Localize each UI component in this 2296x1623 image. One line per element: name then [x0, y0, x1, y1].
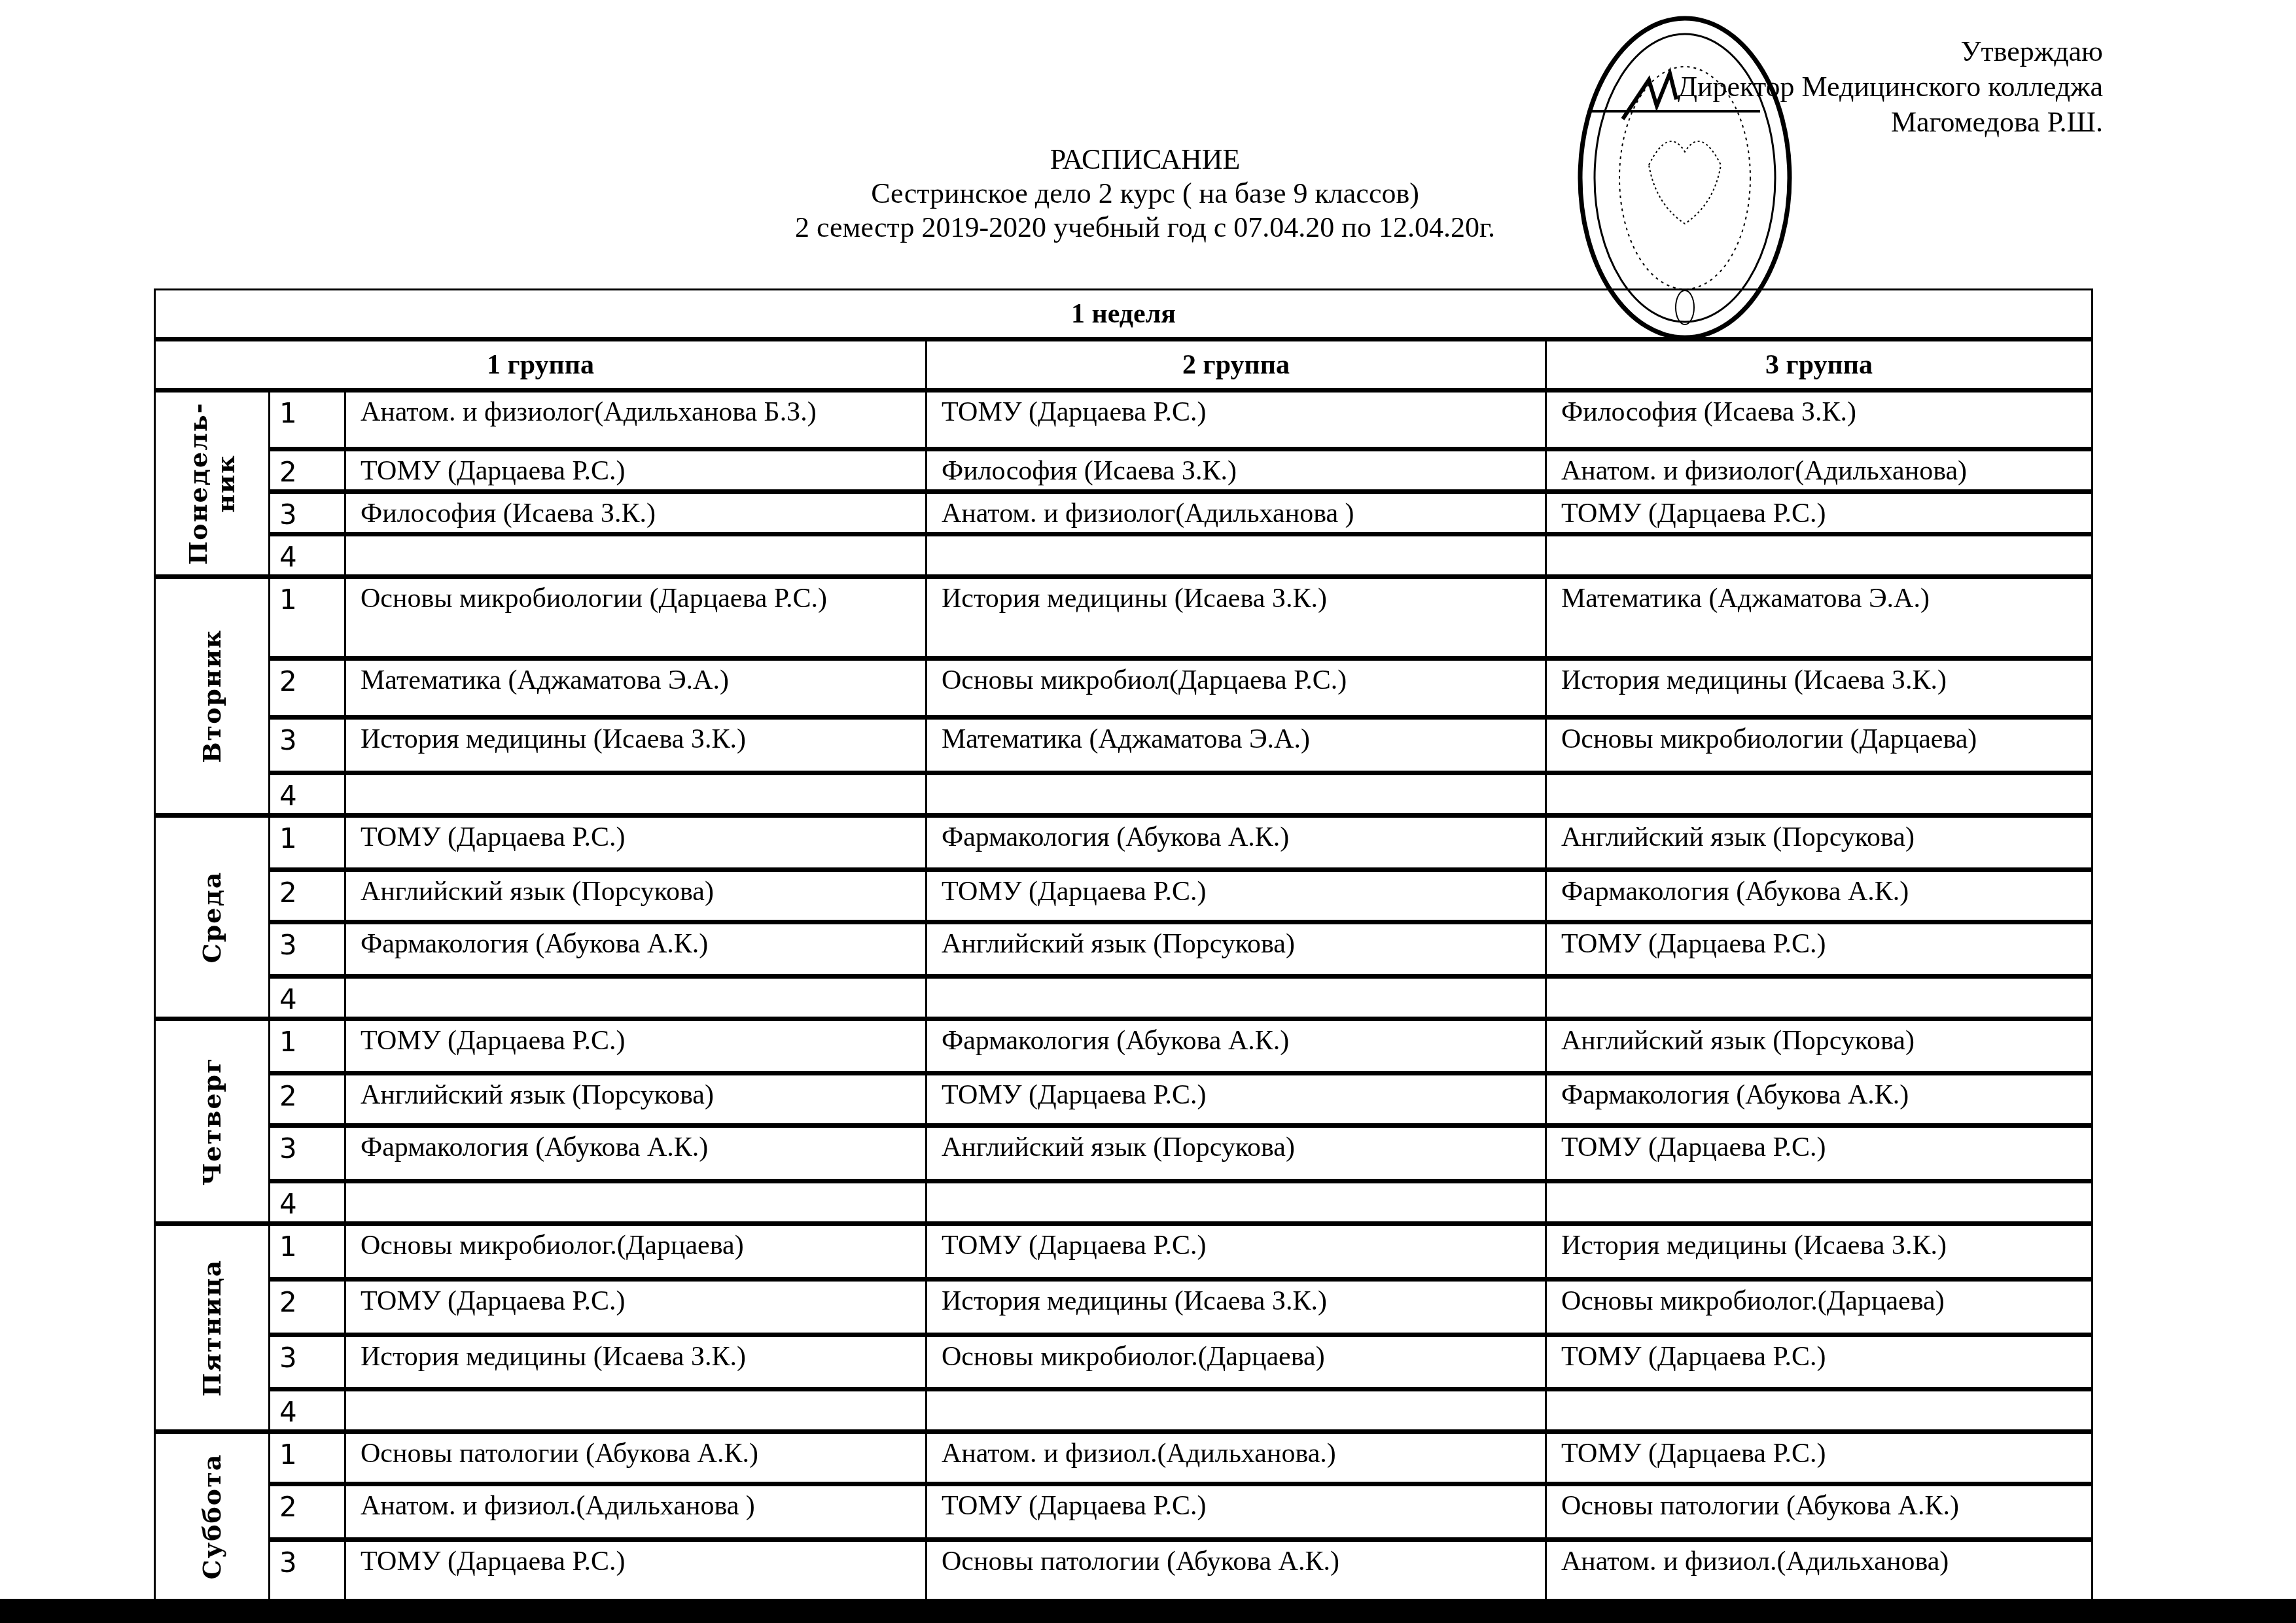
- lesson-number: 3: [270, 1540, 345, 1600]
- lesson-row: Понедель- ник1Анатом. и физиолог(Адильха…: [155, 391, 2093, 449]
- day-label-cell: Пятница: [155, 1224, 270, 1432]
- day-name: Суббота: [198, 1454, 226, 1580]
- lesson-cell-group-1: [345, 977, 927, 1019]
- lesson-number: 2: [270, 1280, 345, 1335]
- lesson-number: 1: [270, 391, 345, 449]
- lesson-number: 1: [270, 1432, 345, 1484]
- lesson-number: 4: [270, 977, 345, 1019]
- lesson-cell-group-2: Английский язык (Порсукова): [927, 922, 1546, 977]
- lesson-number: 4: [270, 534, 345, 577]
- lesson-number: 2: [270, 870, 345, 922]
- lesson-cell-group-3: ТОМУ (Дарцаева Р.С.): [1546, 1432, 2093, 1484]
- lesson-cell-group-3: [1546, 1181, 2093, 1224]
- lesson-row: Вторник1Основы микробиологии (Дарцаева Р…: [155, 577, 2093, 659]
- lesson-row: 3ТОМУ (Дарцаева Р.С.)Основы патологии (А…: [155, 1540, 2093, 1600]
- approval-line-2: Директор Медицинского колледжа: [1678, 69, 2103, 105]
- lesson-cell-group-1: Английский язык (Порсукова): [345, 870, 927, 922]
- lesson-cell-group-3: Английский язык (Порсукова): [1546, 1019, 2093, 1073]
- lesson-cell-group-1: ТОМУ (Дарцаева Р.С.): [345, 1019, 927, 1073]
- lesson-cell-group-3: История медицины (Исаева З.К.): [1546, 1224, 2093, 1280]
- lesson-row: 3Фармакология (Абукова А.К.)Английский я…: [155, 1126, 2093, 1181]
- lesson-cell-group-1: Фармакология (Абукова А.К.): [345, 922, 927, 977]
- day-name: Четверг: [198, 1057, 226, 1186]
- lesson-cell-group-3: [1546, 773, 2093, 816]
- lesson-cell-group-1: История медицины (Исаева З.К.): [345, 1335, 927, 1389]
- lesson-cell-group-1: ТОМУ (Дарцаева Р.С.): [345, 1540, 927, 1600]
- lesson-row: 3Философия (Исаева З.К.)Анатом. и физиол…: [155, 492, 2093, 534]
- lesson-cell-group-3: Анатом. и физиол.(Адильханова): [1546, 1540, 2093, 1600]
- lesson-cell-group-1: Математика (Аджаматова Э.А.): [345, 659, 927, 718]
- lesson-number: 1: [270, 577, 345, 659]
- lesson-cell-group-3: [1546, 534, 2093, 577]
- lesson-cell-group-3: Основы микробиологии (Дарцаева): [1546, 718, 2093, 773]
- lesson-row: 4: [155, 1181, 2093, 1224]
- group-header-2: 2 группа: [927, 340, 1546, 391]
- lesson-cell-group-1: Основы патологии (Абукова А.К.): [345, 1432, 927, 1484]
- lesson-number: 1: [270, 816, 345, 870]
- lesson-cell-group-3: ТОМУ (Дарцаева Р.С.): [1546, 492, 2093, 534]
- lesson-cell-group-3: Анатом. и физиолог(Адильханова): [1546, 449, 2093, 492]
- day-name: Пятница: [198, 1259, 226, 1396]
- lesson-cell-group-1: Основы микробиологии (Дарцаева Р.С.): [345, 577, 927, 659]
- lesson-row: 2Английский язык (Порсукова)ТОМУ (Дарцае…: [155, 1073, 2093, 1126]
- lesson-cell-group-1: ТОМУ (Дарцаева Р.С.): [345, 449, 927, 492]
- group-header-3: 3 группа: [1546, 340, 2093, 391]
- lesson-cell-group-2: [927, 977, 1546, 1019]
- lesson-cell-group-3: [1546, 1389, 2093, 1432]
- lesson-cell-group-2: Английский язык (Порсукова): [927, 1126, 1546, 1181]
- lesson-cell-group-1: ТОМУ (Дарцаева Р.С.): [345, 816, 927, 870]
- lesson-number: 2: [270, 659, 345, 718]
- lesson-row: Пятница1Основы микробиолог.(Дарцаева)ТОМ…: [155, 1224, 2093, 1280]
- day-name: Вторник: [198, 629, 226, 763]
- lesson-cell-group-3: ТОМУ (Дарцаева Р.С.): [1546, 922, 2093, 977]
- lesson-cell-group-1: Основы микробиолог.(Дарцаева): [345, 1224, 927, 1280]
- lesson-cell-group-2: [927, 1181, 1546, 1224]
- lesson-cell-group-1: [345, 534, 927, 577]
- lesson-cell-group-1: [345, 1389, 927, 1432]
- document-subtitle: Сестринское дело 2 курс ( на базе 9 клас…: [654, 177, 1636, 211]
- lesson-row: 3История медицины (Исаева З.К.)Основы ми…: [155, 1335, 2093, 1389]
- lesson-cell-group-1: Философия (Исаева З.К.): [345, 492, 927, 534]
- lesson-number: 4: [270, 773, 345, 816]
- lesson-cell-group-2: Фармакология (Абукова А.К.): [927, 816, 1546, 870]
- lesson-cell-group-3: Фармакология (Абукова А.К.): [1546, 870, 2093, 922]
- lesson-row: 4: [155, 534, 2093, 577]
- lesson-cell-group-3: ТОМУ (Дарцаева Р.С.): [1546, 1126, 2093, 1181]
- day-label-cell: Вторник: [155, 577, 270, 816]
- lesson-number: 4: [270, 1181, 345, 1224]
- lesson-cell-group-2: Основы патологии (Абукова А.К.): [927, 1540, 1546, 1600]
- group-header-1: 1 группа: [155, 340, 927, 391]
- schedule-table: 1 неделя 1 группа 2 группа 3 группа Поне…: [154, 288, 2093, 1601]
- lesson-number: 4: [270, 1389, 345, 1432]
- lesson-cell-group-2: [927, 1389, 1546, 1432]
- lesson-cell-group-2: Основы микробиолог.(Дарцаева): [927, 1335, 1546, 1389]
- lesson-cell-group-3: [1546, 977, 2093, 1019]
- lesson-cell-group-3: Английский язык (Порсукова): [1546, 816, 2093, 870]
- lesson-cell-group-2: Основы микробиол(Дарцаева Р.С.): [927, 659, 1546, 718]
- lesson-cell-group-2: ТОМУ (Дарцаева Р.С.): [927, 1073, 1546, 1126]
- lesson-row: Суббота1Основы патологии (Абукова А.К.)А…: [155, 1432, 2093, 1484]
- lesson-row: 4: [155, 977, 2093, 1019]
- lesson-row: 2Английский язык (Порсукова)ТОМУ (Дарцае…: [155, 870, 2093, 922]
- lesson-cell-group-1: [345, 1181, 927, 1224]
- day-name: Понедель- ник: [185, 402, 239, 565]
- day-label-cell: Понедель- ник: [155, 391, 270, 577]
- lesson-cell-group-1: ТОМУ (Дарцаева Р.С.): [345, 1280, 927, 1335]
- day-label-cell: Суббота: [155, 1432, 270, 1600]
- lesson-cell-group-3: Основы патологии (Абукова А.К.): [1546, 1484, 2093, 1540]
- lesson-number: 2: [270, 1073, 345, 1126]
- lesson-row: 3Фармакология (Абукова А.К.)Английский я…: [155, 922, 2093, 977]
- lesson-cell-group-2: Математика (Аджаматова Э.А.): [927, 718, 1546, 773]
- scan-bottom-edge: [0, 1599, 2296, 1623]
- lesson-cell-group-3: Математика (Аджаматова Э.А.): [1546, 577, 2093, 659]
- lesson-cell-group-1: История медицины (Исаева З.К.): [345, 718, 927, 773]
- week-label: 1 неделя: [155, 290, 2093, 340]
- lesson-row: 2Математика (Аджаматова Э.А.)Основы микр…: [155, 659, 2093, 718]
- lesson-cell-group-2: ТОМУ (Дарцаева Р.С.): [927, 391, 1546, 449]
- lesson-row: 2ТОМУ (Дарцаева Р.С.)История медицины (И…: [155, 1280, 2093, 1335]
- lesson-row: 2ТОМУ (Дарцаева Р.С.)Философия (Исаева З…: [155, 449, 2093, 492]
- lesson-number: 1: [270, 1019, 345, 1073]
- lesson-cell-group-2: [927, 534, 1546, 577]
- lesson-cell-group-2: Философия (Исаева З.К.): [927, 449, 1546, 492]
- lesson-cell-group-2: Анатом. и физиолог(Адильханова ): [927, 492, 1546, 534]
- lesson-row: 4: [155, 773, 2093, 816]
- lesson-cell-group-1: Фармакология (Абукова А.К.): [345, 1126, 927, 1181]
- lesson-cell-group-1: [345, 773, 927, 816]
- lesson-number: 1: [270, 1224, 345, 1280]
- lesson-number: 3: [270, 492, 345, 534]
- lesson-cell-group-1: Английский язык (Порсукова): [345, 1073, 927, 1126]
- lesson-row: 3История медицины (Исаева З.К.)Математик…: [155, 718, 2093, 773]
- lesson-cell-group-2: Анатом. и физиол.(Адильханова.): [927, 1432, 1546, 1484]
- lesson-cell-group-3: Фармакология (Абукова А.К.): [1546, 1073, 2093, 1126]
- lesson-number: 2: [270, 1484, 345, 1540]
- document-period: 2 семестр 2019-2020 учебный год с 07.04.…: [654, 211, 1636, 245]
- lesson-cell-group-2: ТОМУ (Дарцаева Р.С.): [927, 870, 1546, 922]
- day-label-cell: Четверг: [155, 1019, 270, 1224]
- lesson-cell-group-1: Анатом. и физиол.(Адильханова ): [345, 1484, 927, 1540]
- lesson-cell-group-3: История медицины (Исаева З.К.): [1546, 659, 2093, 718]
- lesson-cell-group-2: ТОМУ (Дарцаева Р.С.): [927, 1224, 1546, 1280]
- lesson-row: 4: [155, 1389, 2093, 1432]
- approval-block: Утверждаю Директор Медицинского колледжа…: [1678, 34, 2103, 140]
- lesson-cell-group-3: ТОМУ (Дарцаева Р.С.): [1546, 1335, 2093, 1389]
- lesson-row: Среда1ТОМУ (Дарцаева Р.С.)Фармакология (…: [155, 816, 2093, 870]
- document-header: РАСПИСАНИЕ Сестринское дело 2 курс ( на …: [654, 143, 1636, 245]
- lesson-cell-group-2: Фармакология (Абукова А.К.): [927, 1019, 1546, 1073]
- lesson-cell-group-1: Анатом. и физиолог(Адильханова Б.З.): [345, 391, 927, 449]
- lesson-row: 2Анатом. и физиол.(Адильханова )ТОМУ (Да…: [155, 1484, 2093, 1540]
- approval-line-1: Утверждаю: [1678, 34, 2103, 69]
- lesson-number: 3: [270, 1126, 345, 1181]
- lesson-number: 3: [270, 922, 345, 977]
- lesson-cell-group-2: [927, 773, 1546, 816]
- lesson-cell-group-2: ТОМУ (Дарцаева Р.С.): [927, 1484, 1546, 1540]
- lesson-cell-group-3: Философия (Исаева З.К.): [1546, 391, 2093, 449]
- lesson-cell-group-3: Основы микробиолог.(Дарцаева): [1546, 1280, 2093, 1335]
- day-name: Среда: [198, 871, 226, 964]
- lesson-number: 2: [270, 449, 345, 492]
- day-label-cell: Среда: [155, 816, 270, 1019]
- lesson-cell-group-2: История медицины (Исаева З.К.): [927, 577, 1546, 659]
- lesson-number: 3: [270, 1335, 345, 1389]
- approval-line-3: Магомедова Р.Ш.: [1678, 105, 2103, 140]
- document-title: РАСПИСАНИЕ: [654, 143, 1636, 177]
- lesson-number: 3: [270, 718, 345, 773]
- lesson-row: Четверг1ТОМУ (Дарцаева Р.С.)Фармакология…: [155, 1019, 2093, 1073]
- lesson-cell-group-2: История медицины (Исаева З.К.): [927, 1280, 1546, 1335]
